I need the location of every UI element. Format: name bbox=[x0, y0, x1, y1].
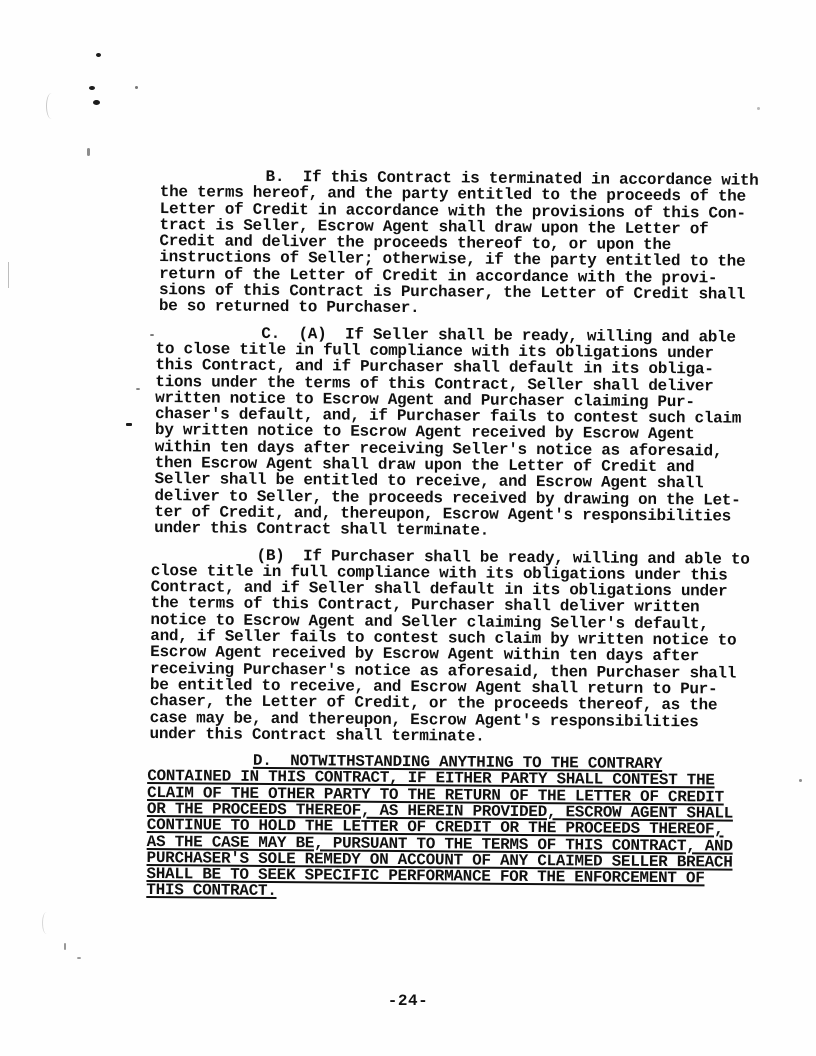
scan-speck bbox=[757, 107, 760, 110]
paragraph-c-a: C. (A) If Seller shall be ready, willing… bbox=[154, 325, 791, 542]
scan-smudge bbox=[42, 912, 51, 934]
paragraph-d-underlined: D. NOTWITHSTANDING ANYTHING TO THE CONTR… bbox=[146, 752, 787, 904]
scan-smudge bbox=[46, 93, 57, 119]
page-number: -24- bbox=[0, 992, 816, 1010]
scan-speck bbox=[799, 779, 802, 782]
paragraph-b-sub: (B) If Purchaser shall be ready, willing… bbox=[149, 547, 789, 748]
scan-speck bbox=[150, 334, 154, 336]
scan-speck bbox=[87, 148, 90, 156]
scan-speck bbox=[96, 53, 101, 57]
document-page: B. If this Contract is terminated in acc… bbox=[0, 0, 816, 1056]
scan-speck bbox=[77, 957, 81, 959]
scan-speck bbox=[126, 423, 132, 426]
scan-speck bbox=[93, 100, 100, 105]
scan-speck bbox=[89, 86, 95, 90]
scan-edge-mark bbox=[8, 262, 9, 288]
scan-speck bbox=[136, 388, 140, 390]
paragraph-b: B. If this Contract is terminated in acc… bbox=[159, 168, 792, 320]
contract-text-block: B. If this Contract is terminated in acc… bbox=[146, 168, 792, 914]
scan-speck bbox=[64, 943, 66, 950]
scan-speck bbox=[135, 86, 138, 89]
